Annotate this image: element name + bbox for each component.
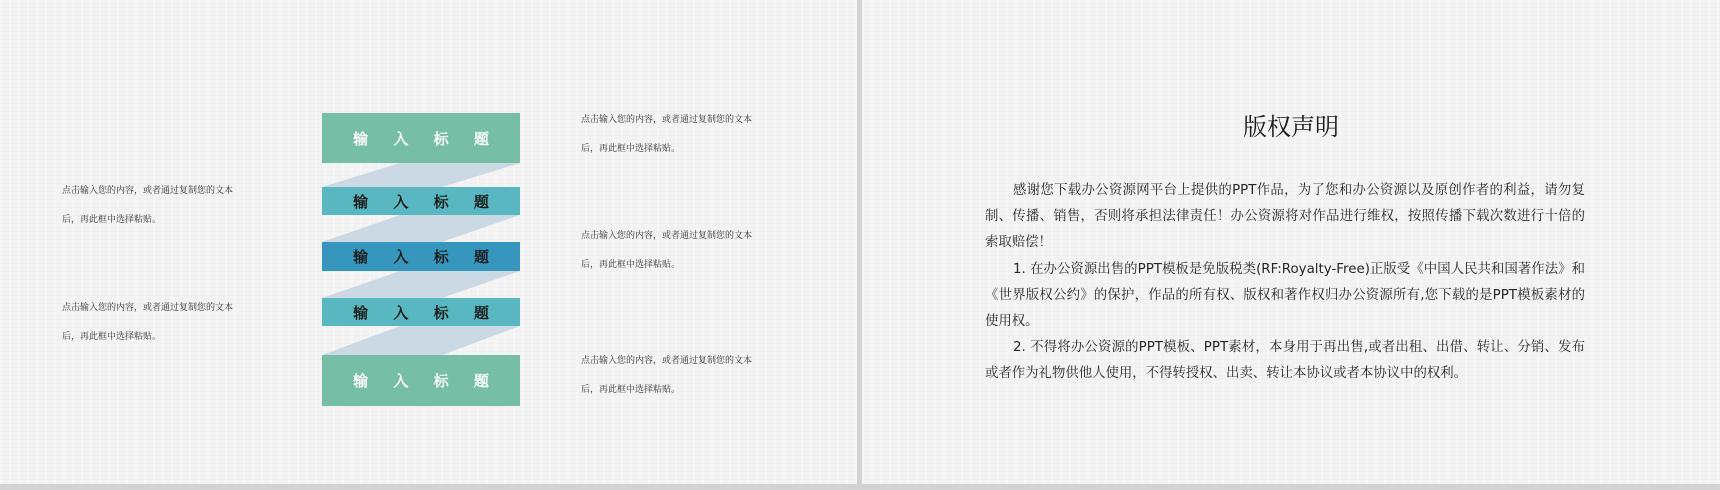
note-line: 后，再此框中选择粘贴。 bbox=[581, 251, 781, 280]
copyright-paragraph-2: 2. 不得将办公资源的PPT模板、PPT素材，本身用于再出售,或者出租、出借、转… bbox=[985, 335, 1585, 387]
text-placeholder-4[interactable]: 点击输入您的内容，或者通过复制您的文本 后，再此框中选择粘贴。 bbox=[62, 294, 262, 352]
text-placeholder-3[interactable]: 点击输入您的内容，或者通过复制您的文本 后，再此框中选择粘贴。 bbox=[581, 222, 781, 280]
slide-ribbon-diagram: 输 入 标 题 输 入 标 题 输 入 标 题 输 入 标 题 输 入 标 题 … bbox=[0, 0, 857, 484]
ribbon-connector-3 bbox=[322, 271, 520, 298]
note-line: 点击输入您的内容，或者通过复制您的文本 bbox=[581, 222, 781, 251]
title-band-1[interactable]: 输 入 标 题 bbox=[322, 113, 520, 163]
copyright-paragraph-1: 1. 在办公资源出售的PPT模板是免版税类(RF:Royalty-Free)正版… bbox=[985, 257, 1585, 336]
note-line: 后，再此框中选择粘贴。 bbox=[62, 323, 262, 352]
note-line: 后，再此框中选择粘贴。 bbox=[62, 206, 262, 235]
title-band-4[interactable]: 输 入 标 题 bbox=[322, 298, 520, 326]
note-line: 后，再此框中选择粘贴。 bbox=[581, 376, 781, 405]
ribbon-connector-2 bbox=[322, 215, 520, 242]
copyright-body: 感谢您下载办公资源网平台上提供的PPT作品，为了您和办公资源以及原创作者的利益，… bbox=[985, 178, 1585, 388]
ribbon-connector-1 bbox=[322, 163, 520, 187]
title-band-2[interactable]: 输 入 标 题 bbox=[322, 187, 520, 215]
note-line: 后，再此框中选择粘贴。 bbox=[581, 135, 781, 164]
note-line: 点击输入您的内容，或者通过复制您的文本 bbox=[62, 294, 262, 323]
note-line: 点击输入您的内容，或者通过复制您的文本 bbox=[581, 106, 781, 135]
ribbon-connector-4 bbox=[322, 326, 520, 355]
title-band-5[interactable]: 输 入 标 题 bbox=[322, 355, 520, 406]
text-placeholder-2[interactable]: 点击输入您的内容，或者通过复制您的文本 后，再此框中选择粘贴。 bbox=[62, 177, 262, 235]
copyright-title: 版权声明 bbox=[862, 107, 1720, 142]
note-line: 点击输入您的内容，或者通过复制您的文本 bbox=[581, 347, 781, 376]
note-line: 点击输入您的内容，或者通过复制您的文本 bbox=[62, 177, 262, 206]
text-placeholder-1[interactable]: 点击输入您的内容，或者通过复制您的文本 后，再此框中选择粘贴。 bbox=[581, 106, 781, 164]
bottom-border bbox=[0, 484, 1720, 490]
text-placeholder-5[interactable]: 点击输入您的内容，或者通过复制您的文本 后，再此框中选择粘贴。 bbox=[581, 347, 781, 405]
title-band-3[interactable]: 输 入 标 题 bbox=[322, 242, 520, 271]
copyright-paragraph-intro: 感谢您下载办公资源网平台上提供的PPT作品，为了您和办公资源以及原创作者的利益，… bbox=[985, 178, 1585, 257]
